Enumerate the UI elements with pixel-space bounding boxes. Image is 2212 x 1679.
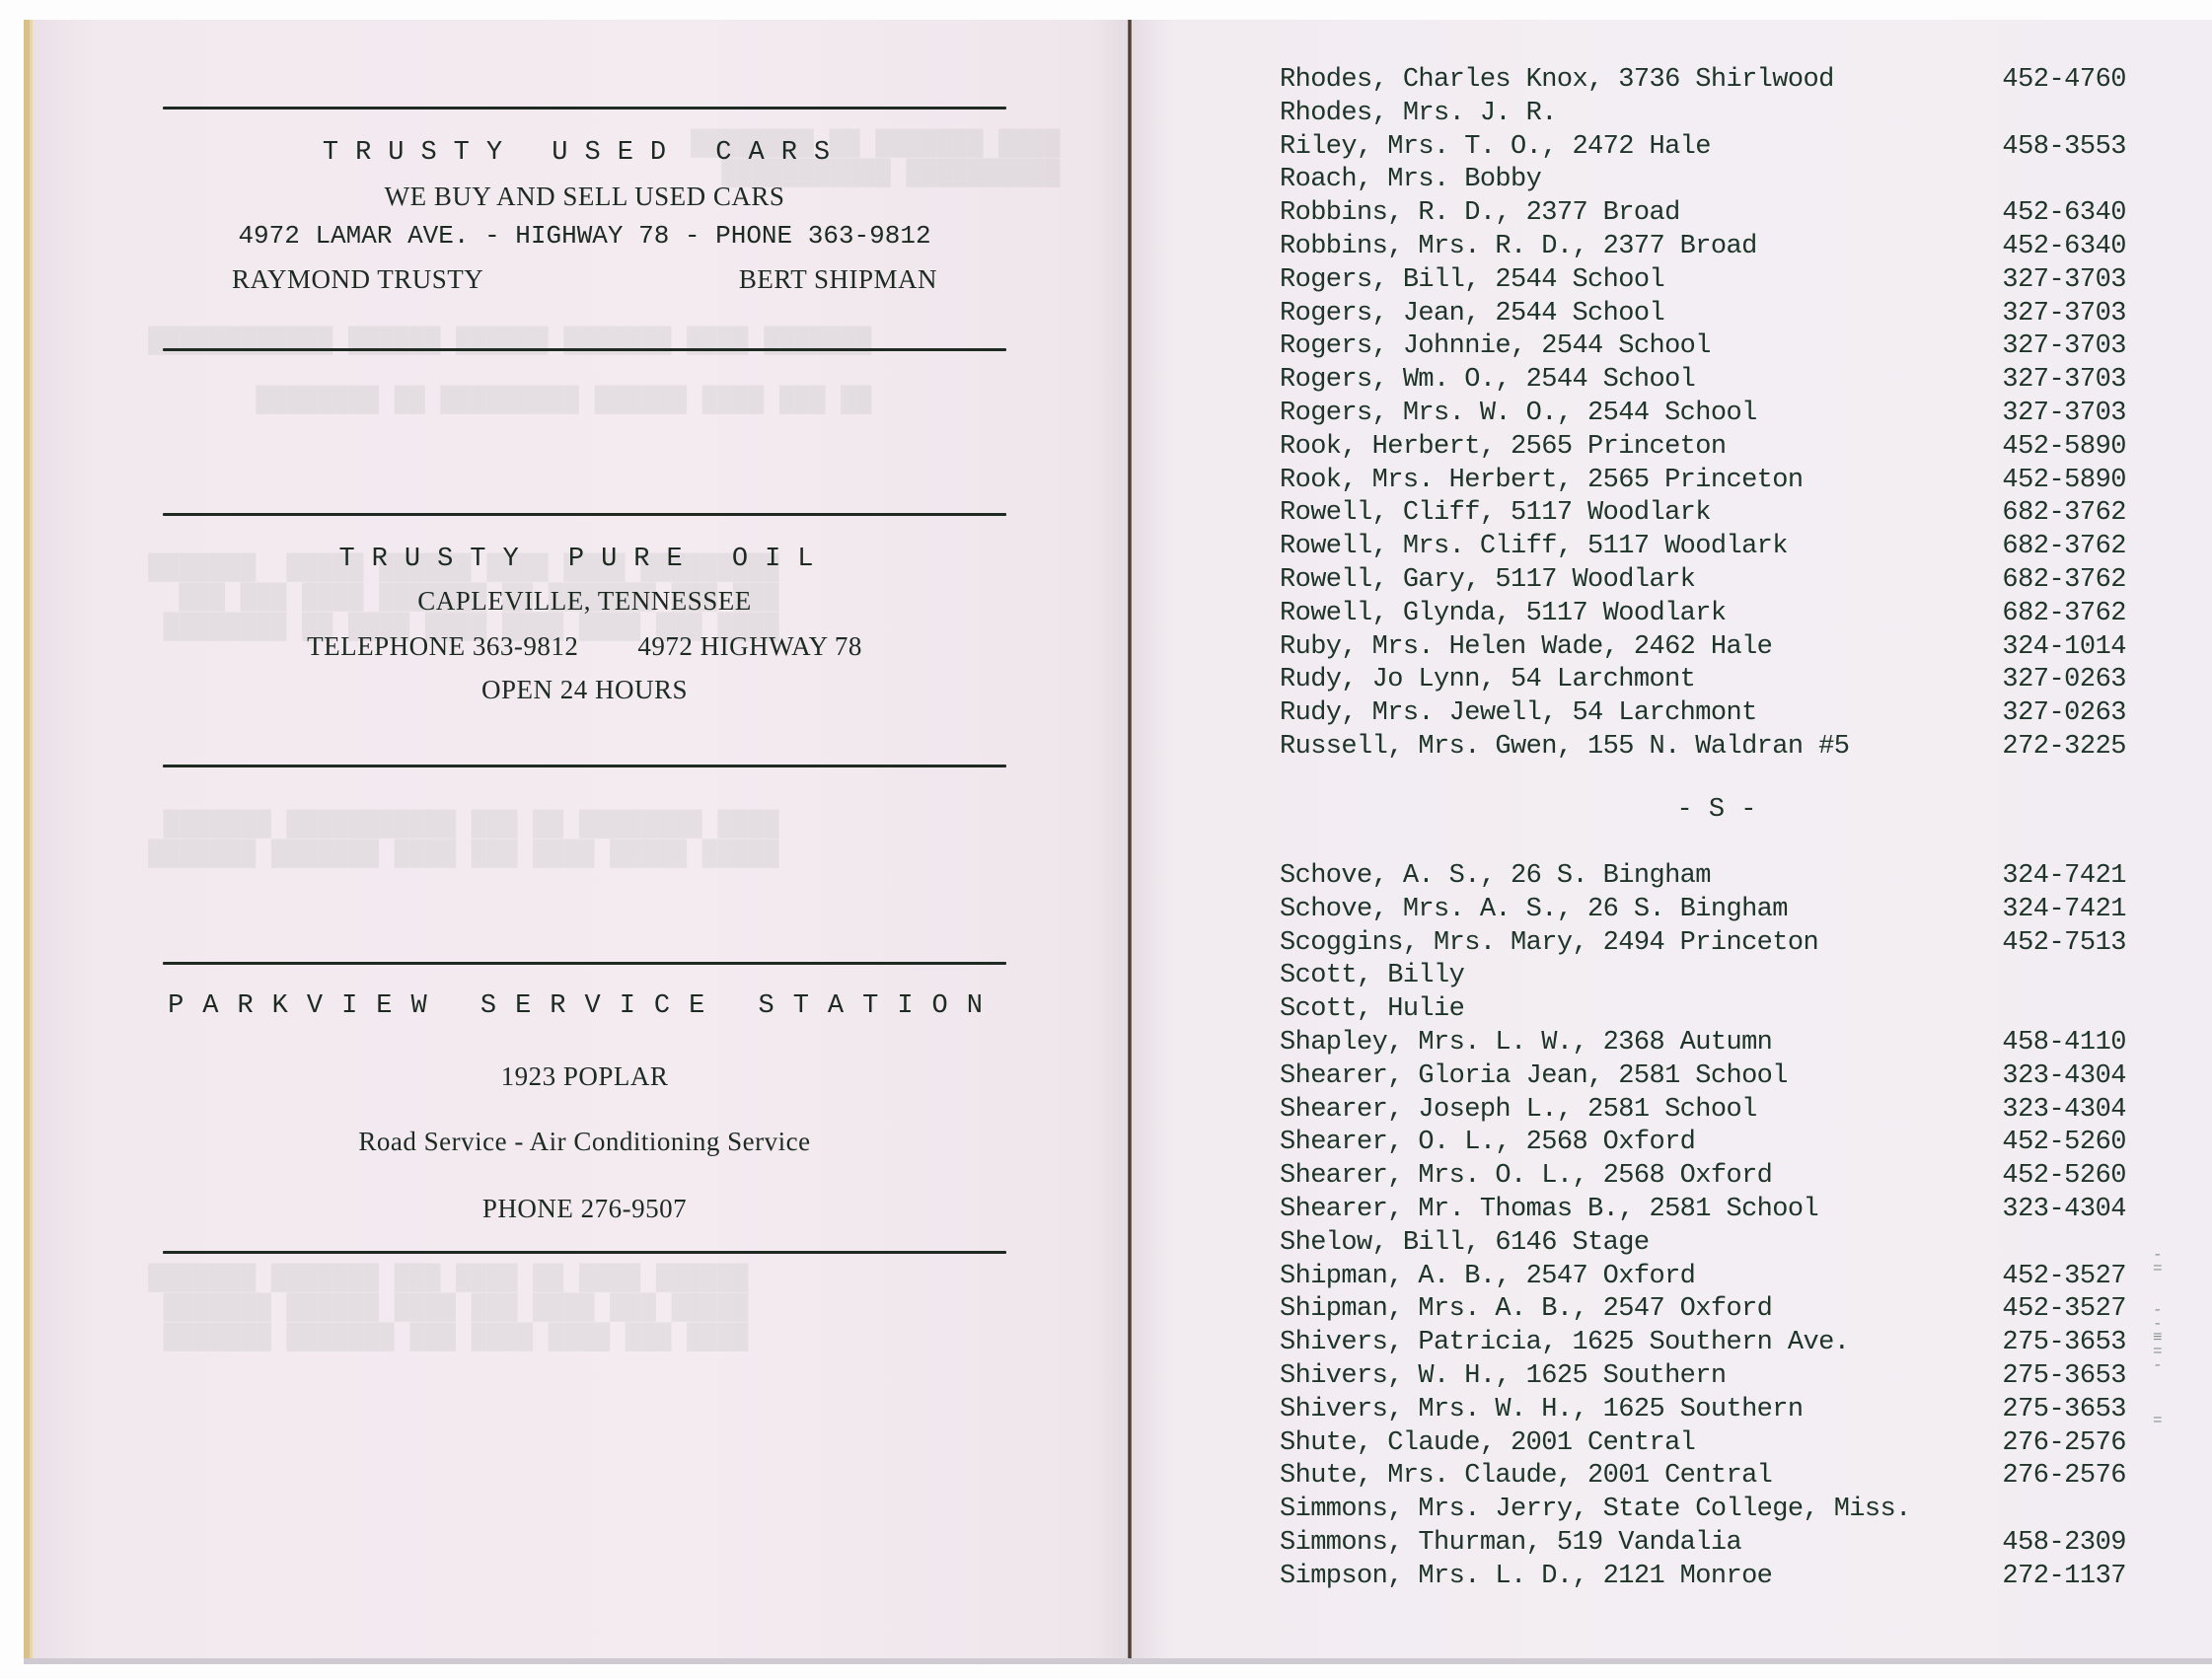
directory-entry: Ruby, Mrs. Helen Wade, 2462 Hale324-1014: [1280, 632, 2126, 666]
entry-name-address: Rogers, Mrs. W. O., 2544 School: [1280, 399, 1757, 428]
entry-phone: 275-3653: [2002, 1328, 2126, 1357]
entry-name-address: Rudy, Mrs. Jewell, 54 Larchmont: [1280, 698, 1757, 728]
ad-address: 1923 POPLAR: [163, 1061, 1006, 1092]
ad-address: 4972 HIGHWAY 78: [637, 631, 862, 662]
margin-marks: -=--≡=-=: [2153, 1248, 2165, 1427]
entry-name-address: Shelow, Bill, 6146 Stage: [1280, 1228, 1649, 1258]
directory-entry: Riley, Mrs. T. O., 2472 Hale458-3553: [1280, 132, 2126, 166]
entry-phone: 452-5260: [2002, 1161, 2126, 1191]
directory-entry: Rowell, Gary, 5117 Woodlark682-3762: [1280, 565, 2126, 599]
directory-entry: Rhodes, Charles Knox, 3736 Shirlwood452-…: [1280, 65, 2126, 99]
entry-phone: 323-4304: [2002, 1095, 2126, 1125]
entry-name-address: Roach, Mrs. Bobby: [1280, 165, 1541, 194]
ad-contact: TELEPHONE 363-9812 4972 HIGHWAY 78: [163, 631, 1006, 662]
directory-entry: Robbins, R. D., 2377 Broad452-6340: [1280, 198, 2126, 232]
entry-phone: 452-3527: [2002, 1262, 2126, 1291]
page-edge-shadow: [24, 1658, 2212, 1664]
entry-name-address: Shipman, Mrs. A. B., 2547 Oxford: [1280, 1294, 1772, 1324]
entry-phone: 275-3653: [2002, 1395, 2126, 1424]
directory-entry: Shivers, Patricia, 1625 Southern Ave.275…: [1280, 1328, 2126, 1361]
ad-location: CAPLEVILLE, TENNESSEE: [163, 586, 1006, 617]
directory-entry: Schove, Mrs. A. S., 26 S. Bingham324-742…: [1280, 895, 2126, 928]
directory-entry: Rogers, Bill, 2544 School327-3703: [1280, 265, 2126, 299]
directory-entry: Scott, Billy: [1280, 961, 2126, 994]
entry-phone: 276-2576: [2002, 1428, 2126, 1458]
entry-phone: 452-3527: [2002, 1294, 2126, 1324]
directory-entry: Rowell, Glynda, 5117 Woodlark682-3762: [1280, 599, 2126, 632]
entry-phone: 682-3762: [2002, 532, 2126, 561]
entry-name-address: Rogers, Wm. O., 2544 School: [1280, 365, 1695, 395]
entry-phone: 327-0263: [2002, 698, 2126, 728]
entry-name-address: Rowell, Gary, 5117 Woodlark: [1280, 565, 1695, 595]
directory-entry: Simpson, Mrs. L. D., 2121 Monroe272-1137: [1280, 1562, 2126, 1595]
directory-entry: Shearer, Mr. Thomas B., 2581 School323-4…: [1280, 1195, 2126, 1228]
entry-name-address: Shearer, Mr. Thomas B., 2581 School: [1280, 1195, 1818, 1224]
directory-entry: Rowell, Mrs. Cliff, 5117 Woodlark682-376…: [1280, 532, 2126, 565]
entry-phone: 458-2309: [2002, 1528, 2126, 1558]
directory-entry: Rogers, Mrs. W. O., 2544 School327-3703: [1280, 399, 2126, 432]
entry-name-address: Shute, Claude, 2001 Central: [1280, 1428, 1695, 1458]
directory-entry: Robbins, Mrs. R. D., 2377 Broad452-6340: [1280, 232, 2126, 265]
entry-phone: 452-5890: [2002, 432, 2126, 462]
entry-name-address: Shute, Mrs. Claude, 2001 Central: [1280, 1461, 1772, 1491]
entry-phone: 452-4760: [2002, 65, 2126, 95]
entry-name-address: Simmons, Thurman, 519 Vandalia: [1280, 1528, 1741, 1558]
directory-entry: Rhodes, Mrs. J. R.: [1280, 99, 2126, 132]
directory-entry: Shelow, Bill, 6146 Stage: [1280, 1228, 2126, 1262]
entry-name-address: Ruby, Mrs. Helen Wade, 2462 Hale: [1280, 632, 1772, 662]
directory-entry: Rogers, Jean, 2544 School327-3703: [1280, 299, 2126, 332]
ad-hours: OPEN 24 HOURS: [163, 675, 1006, 705]
entry-phone: 452-6340: [2002, 232, 2126, 261]
ad-title: TRUSTY USED CARS: [163, 138, 1006, 168]
entry-name-address: Shearer, O. L., 2568 Oxford: [1280, 1128, 1695, 1157]
ad-title: PARKVIEW SERVICE STATION: [163, 991, 1006, 1021]
entry-phone: 327-3703: [2002, 265, 2126, 295]
entry-name-address: Rhodes, Mrs. J. R.: [1280, 99, 1557, 128]
entry-name-address: Rogers, Johnnie, 2544 School: [1280, 331, 1711, 361]
entry-name-address: Schove, Mrs. A. S., 26 S. Bingham: [1280, 895, 1788, 924]
entry-name-address: Robbins, Mrs. R. D., 2377 Broad: [1280, 232, 1757, 261]
entry-name-address: Shapley, Mrs. L. W., 2368 Autumn: [1280, 1028, 1772, 1058]
entry-phone: 327-0263: [2002, 665, 2126, 694]
section-heading-s: - S -: [1618, 795, 1815, 825]
entry-name-address: Rowell, Mrs. Cliff, 5117 Woodlark: [1280, 532, 1788, 561]
divider-rule: [163, 348, 1006, 351]
entry-phone: 324-7421: [2002, 861, 2126, 891]
directory-entry: Shearer, O. L., 2568 Oxford452-5260: [1280, 1128, 2126, 1161]
entry-name-address: Shearer, Mrs. O. L., 2568 Oxford: [1280, 1161, 1772, 1191]
directory-entry: Shipman, A. B., 2547 Oxford452-3527: [1280, 1262, 2126, 1295]
entry-name-address: Shearer, Joseph L., 2581 School: [1280, 1095, 1757, 1125]
entry-name-address: Simmons, Mrs. Jerry, State College, Miss…: [1280, 1495, 1911, 1524]
directory-entry: Shearer, Gloria Jean, 2581 School323-430…: [1280, 1061, 2126, 1095]
entry-name-address: Simpson, Mrs. L. D., 2121 Monroe: [1280, 1562, 1772, 1591]
entry-name-address: Shivers, W. H., 1625 Southern: [1280, 1361, 1726, 1391]
entry-name-address: Rudy, Jo Lynn, 54 Larchmont: [1280, 665, 1695, 694]
entry-phone: 682-3762: [2002, 498, 2126, 528]
entry-name-address: Shivers, Patricia, 1625 Southern Ave.: [1280, 1328, 1849, 1357]
ad-services: Road Service - Air Conditioning Service: [163, 1127, 1006, 1157]
ad-tagline: WE BUY AND SELL USED CARS: [163, 182, 1006, 212]
directory-entry: Russell, Mrs. Gwen, 155 N. Waldran #5272…: [1280, 732, 2126, 766]
entry-phone: 275-3653: [2002, 1361, 2126, 1391]
entry-phone: 452-5890: [2002, 466, 2126, 495]
entry-name-address: Scott, Hulie: [1280, 994, 1464, 1024]
directory-entry: Roach, Mrs. Bobby: [1280, 165, 2126, 198]
entry-phone: 458-3553: [2002, 132, 2126, 162]
directory-entry: Rogers, Johnnie, 2544 School327-3703: [1280, 331, 2126, 365]
entry-phone: 327-3703: [2002, 399, 2126, 428]
directory-entry: Rogers, Wm. O., 2544 School327-3703: [1280, 365, 2126, 399]
directory-entry: Shearer, Mrs. O. L., 2568 Oxford452-5260: [1280, 1161, 2126, 1195]
directory-entry: Shute, Mrs. Claude, 2001 Central276-2576: [1280, 1461, 2126, 1495]
entry-phone: 272-3225: [2002, 732, 2126, 762]
directory-entry: Shapley, Mrs. L. W., 2368 Autumn458-4110: [1280, 1028, 2126, 1061]
directory-entry: Rook, Mrs. Herbert, 2565 Princeton452-58…: [1280, 466, 2126, 499]
entry-name-address: Shivers, Mrs. W. H., 1625 Southern: [1280, 1395, 1804, 1424]
ad-telephone: TELEPHONE 363-9812: [307, 631, 578, 662]
entry-name-address: Riley, Mrs. T. O., 2472 Hale: [1280, 132, 1711, 162]
ad-phone: PHONE 276-9507: [163, 1194, 1006, 1224]
directory-entry: Rudy, Jo Lynn, 54 Larchmont327-0263: [1280, 665, 2126, 698]
directory-entry: Shipman, Mrs. A. B., 2547 Oxford452-3527: [1280, 1294, 2126, 1328]
entry-phone: 327-3703: [2002, 331, 2126, 361]
entry-phone: 327-3703: [2002, 365, 2126, 395]
ad-address: 4972 LAMAR AVE. - HIGHWAY 78 - PHONE 363…: [163, 221, 1006, 251]
entry-phone: 452-6340: [2002, 198, 2126, 228]
entry-phone: 324-7421: [2002, 895, 2126, 924]
directory-entry: Shivers, W. H., 1625 Southern275-3653: [1280, 1361, 2126, 1395]
entry-name-address: Rogers, Jean, 2544 School: [1280, 299, 1664, 328]
entry-name-address: Shipman, A. B., 2547 Oxford: [1280, 1262, 1695, 1291]
entry-phone: 323-4304: [2002, 1195, 2126, 1224]
owner-name: BERT SHIPMAN: [739, 264, 937, 295]
divider-rule: [163, 513, 1006, 516]
entry-phone: 276-2576: [2002, 1461, 2126, 1491]
divider-rule: [163, 765, 1006, 767]
entry-phone: 452-5260: [2002, 1128, 2126, 1157]
entry-phone: 682-3762: [2002, 565, 2126, 595]
directory-entry: Scoggins, Mrs. Mary, 2494 Princeton452-7…: [1280, 928, 2126, 962]
entry-phone: 323-4304: [2002, 1061, 2126, 1091]
entry-name-address: Shearer, Gloria Jean, 2581 School: [1280, 1061, 1788, 1091]
entry-name-address: Rook, Mrs. Herbert, 2565 Princeton: [1280, 466, 1804, 495]
entry-phone: 452-7513: [2002, 928, 2126, 958]
directory-entry: Scott, Hulie: [1280, 994, 2126, 1028]
directory-entry: Shearer, Joseph L., 2581 School323-4304: [1280, 1095, 2126, 1129]
entry-name-address: Rhodes, Charles Knox, 3736 Shirlwood: [1280, 65, 1834, 95]
ad-owners: RAYMOND TRUSTY BERT SHIPMAN: [163, 264, 1006, 295]
directory-entry: Simmons, Mrs. Jerry, State College, Miss…: [1280, 1495, 2126, 1528]
entry-name-address: Robbins, R. D., 2377 Broad: [1280, 198, 1680, 228]
entry-name-address: Scott, Billy: [1280, 961, 1464, 990]
entry-phone: 324-1014: [2002, 632, 2126, 662]
divider-rule: [163, 962, 1006, 965]
ad-title: TRUSTY PURE OIL: [163, 545, 1006, 574]
entry-name-address: Rowell, Cliff, 5117 Woodlark: [1280, 498, 1711, 528]
entry-phone: 272-1137: [2002, 1562, 2126, 1591]
directory-entry: Simmons, Thurman, 519 Vandalia458-2309: [1280, 1528, 2126, 1562]
entry-name-address: Rogers, Bill, 2544 School: [1280, 265, 1664, 295]
directory-entry: Rudy, Mrs. Jewell, 54 Larchmont327-0263: [1280, 698, 2126, 732]
book-spine: [1128, 20, 1132, 1661]
entry-name-address: Rook, Herbert, 2565 Princeton: [1280, 432, 1726, 462]
divider-rule: [163, 1251, 1006, 1254]
directory-entry: Schove, A. S., 26 S. Bingham324-7421: [1280, 861, 2126, 895]
directory-entry: Shute, Claude, 2001 Central276-2576: [1280, 1428, 2126, 1462]
entry-phone: 682-3762: [2002, 599, 2126, 628]
entry-name-address: Russell, Mrs. Gwen, 155 N. Waldran #5: [1280, 732, 1849, 762]
entry-phone: 458-4110: [2002, 1028, 2126, 1058]
directory-entry: Rowell, Cliff, 5117 Woodlark682-3762: [1280, 498, 2126, 532]
entry-name-address: Schove, A. S., 26 S. Bingham: [1280, 861, 1711, 891]
entry-name-address: Scoggins, Mrs. Mary, 2494 Princeton: [1280, 928, 1818, 958]
owner-name: RAYMOND TRUSTY: [232, 264, 483, 295]
directory-entry: Shivers, Mrs. W. H., 1625 Southern275-36…: [1280, 1395, 2126, 1428]
entry-phone: 327-3703: [2002, 299, 2126, 328]
divider-rule: [163, 107, 1006, 109]
directory-entry: Rook, Herbert, 2565 Princeton452-5890: [1280, 432, 2126, 466]
entry-name-address: Rowell, Glynda, 5117 Woodlark: [1280, 599, 1726, 628]
